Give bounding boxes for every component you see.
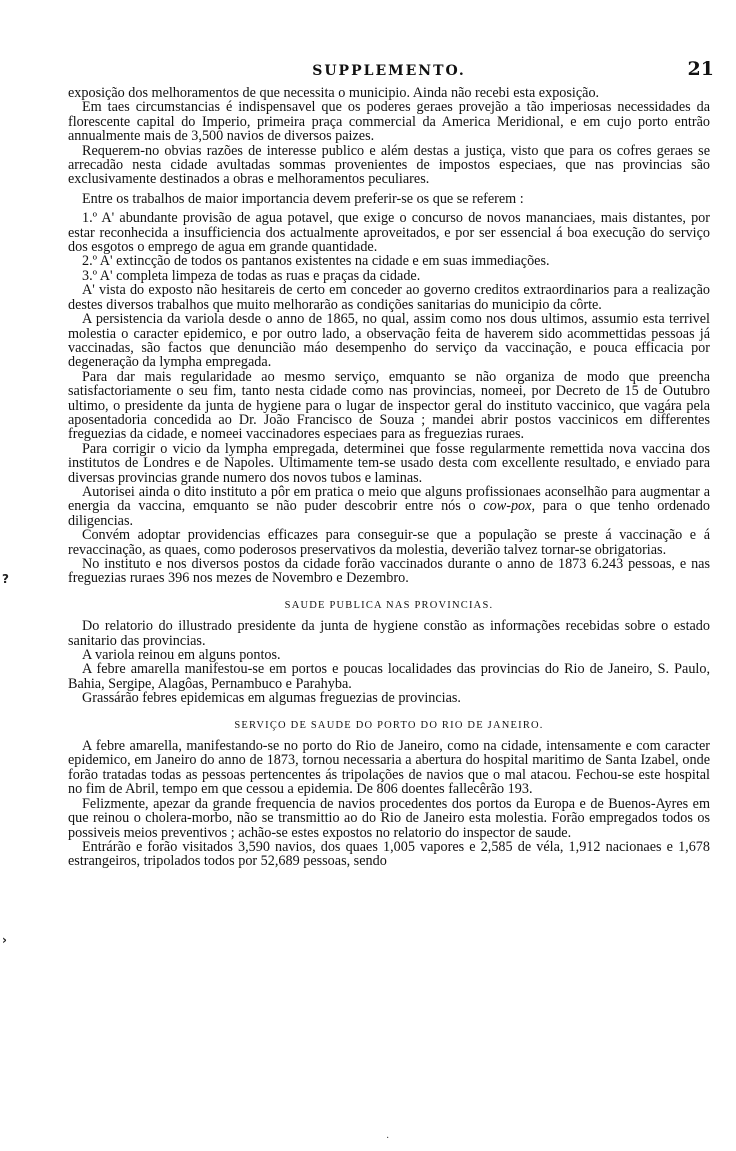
margin-mark: › <box>2 933 7 947</box>
section-heading-porto: SERVIÇO DE SAUDE DO PORTO DO RIO DE JANE… <box>68 719 710 733</box>
body-text: exposição dos melhoramentos de que neces… <box>68 86 710 586</box>
section-provincias-body: Do relatorio do illustrado presidente da… <box>68 619 710 705</box>
paragraph: A' vista do exposto não hesitareis de ce… <box>68 283 710 312</box>
running-title: SUPPLEMENTO. <box>68 64 710 78</box>
document-page: SUPPLEMENTO. 21 exposição dos melhoramen… <box>68 62 710 869</box>
margin-mark: ? <box>2 572 9 586</box>
list-item: 1.º A' abundante provisão de agua potave… <box>68 211 710 254</box>
italic-term: cow-pox <box>483 498 531 514</box>
paragraph: Entre os trabalhos de maior importancia … <box>68 192 710 206</box>
paragraph: A persistencia da variola desde o anno d… <box>68 312 710 370</box>
list-item: 3.º A' completa limpeza de todas as ruas… <box>68 269 710 283</box>
paragraph: Para dar mais regularidade ao mesmo serv… <box>68 370 710 442</box>
ink-speck: · <box>386 1133 389 1144</box>
paragraph: Convém adoptar providencias efficazes pa… <box>68 528 710 557</box>
paragraph: A febre amarella, manifestando-se no por… <box>68 739 710 797</box>
paragraph: Em taes circumstancias é indispensavel q… <box>68 100 710 143</box>
paragraph-cowpox: Autorisei ainda o dito instituto a pôr e… <box>68 485 710 528</box>
paragraph: Entrárão e forão visitados 3,590 navios,… <box>68 840 710 869</box>
page-number: 21 <box>688 62 714 76</box>
paragraph: A variola reinou em alguns pontos. <box>68 648 710 662</box>
paragraph: A febre amarella manifestou-se em portos… <box>68 662 710 691</box>
paragraph: No instituto e nos diversos postos da ci… <box>68 557 710 586</box>
paragraph: exposição dos melhoramentos de que neces… <box>68 86 710 100</box>
section-heading-provincias: SAUDE PUBLICA NAS PROVINCIAS. <box>68 599 710 613</box>
paragraph: Grassárão febres epidemicas em algumas f… <box>68 691 710 705</box>
page-header: SUPPLEMENTO. 21 <box>68 62 710 84</box>
paragraph: Para corrigir o vicio da lympha empregad… <box>68 442 710 485</box>
paragraph: Felizmente, apezar da grande frequencia … <box>68 797 710 840</box>
section-porto-body: A febre amarella, manifestando-se no por… <box>68 739 710 869</box>
paragraph: Requerem-no obvias razões de interesse p… <box>68 144 710 187</box>
list-item: 2.º A' extincção de todos os pantanos ex… <box>68 254 710 268</box>
paragraph: Do relatorio do illustrado presidente da… <box>68 619 710 648</box>
